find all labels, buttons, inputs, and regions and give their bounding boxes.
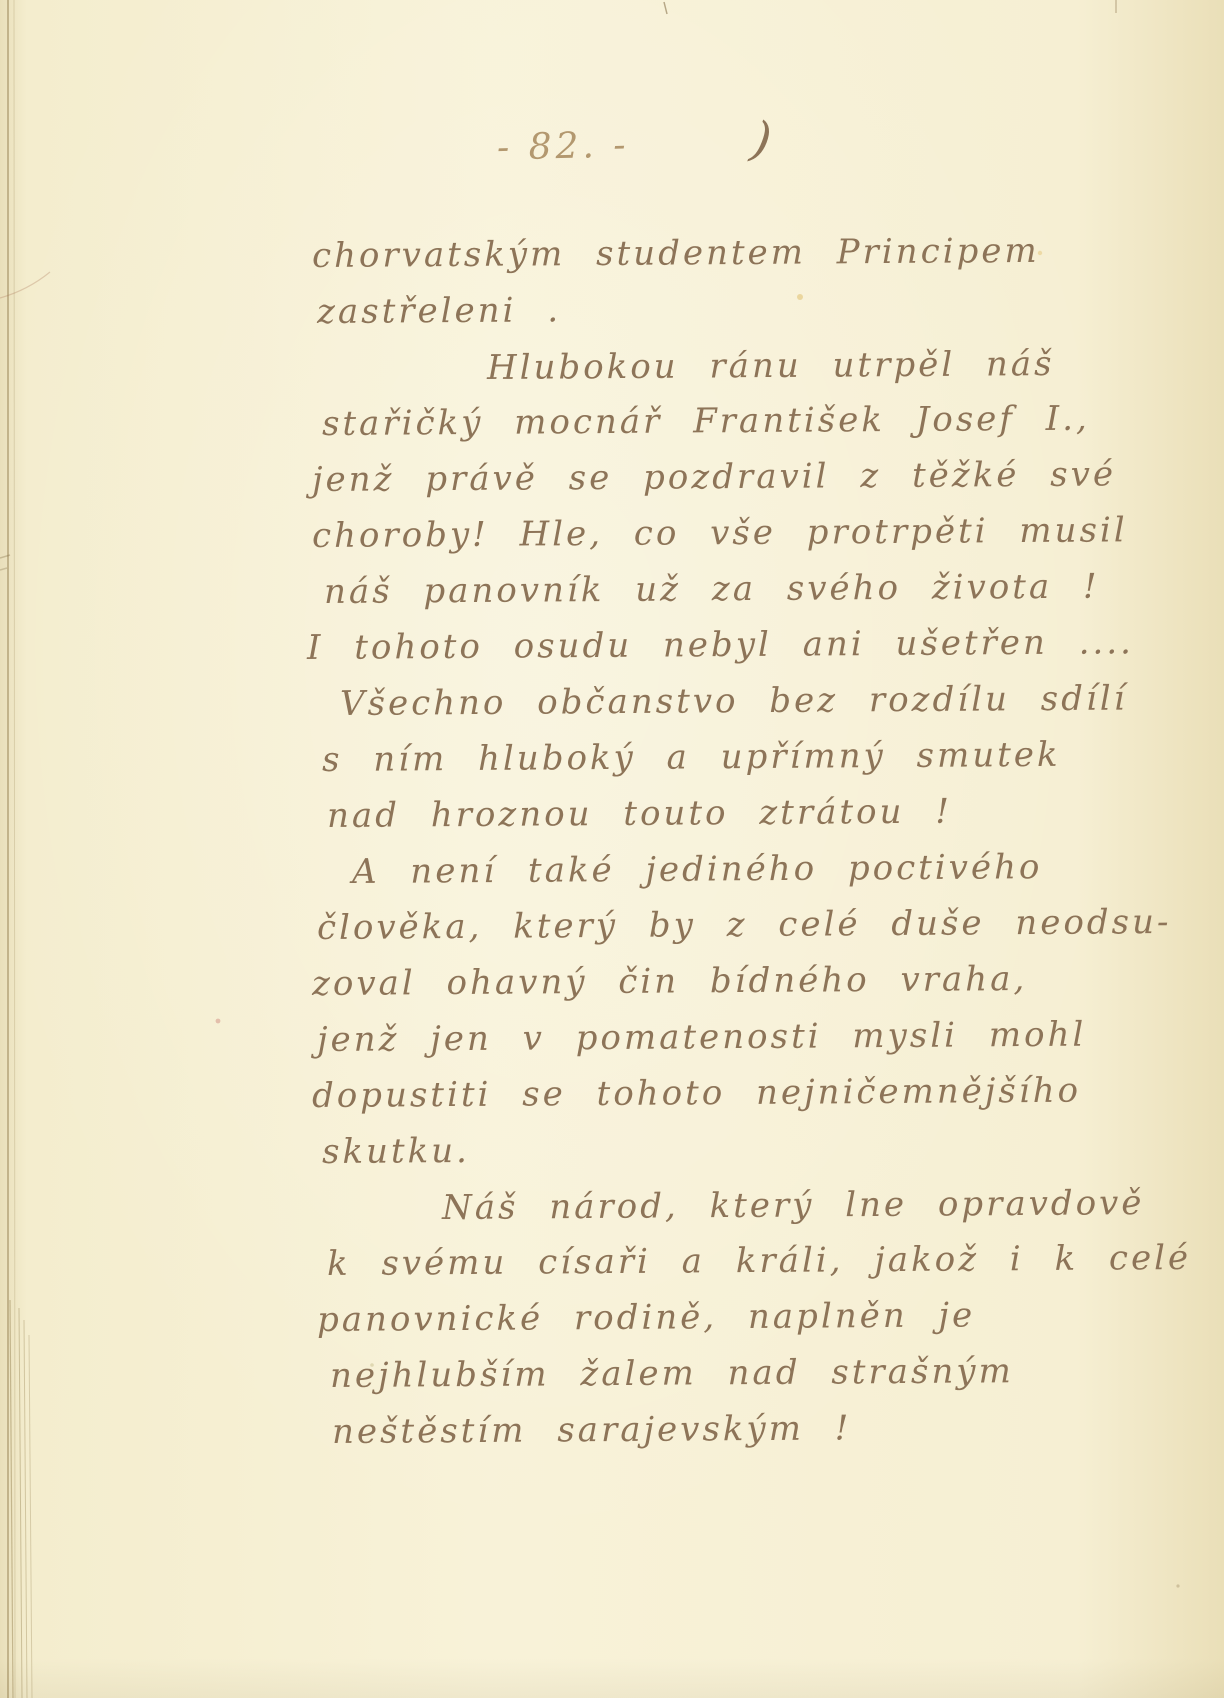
- handwriting-line: skutku.: [322, 1118, 1112, 1180]
- handwriting-line: stařičký mocnář František Josef I.,: [322, 390, 1112, 452]
- handwriting-line: nad hroznou touto ztrátou !: [327, 783, 1112, 844]
- handwriting-text-block: chorvatským studentem Principemzastřelen…: [312, 228, 1112, 1460]
- handwriting-line: choroby! Hle, co vše protrpěti musil: [312, 502, 1112, 564]
- handwriting-line: chorvatským studentem Principem: [312, 222, 1112, 284]
- handwriting-line: s ním hluboký a upřímný smutek: [322, 726, 1112, 788]
- handwriting-line: I tohoto osudu nebyl ani ušetřen ....: [307, 614, 1112, 676]
- handwriting-line: A není také jediného poctivého: [352, 839, 1112, 900]
- handwriting-line: nejhlubším žalem nad strašným: [330, 1343, 1112, 1404]
- stray-ink-mark: ): [747, 111, 775, 169]
- handwriting-line: Hlubokou ránu utrpěl náš: [487, 336, 1112, 396]
- handwriting-line: dopustiti se tohoto nejničemnějšího: [312, 1062, 1112, 1124]
- handwriting-line: zastřeleni .: [317, 278, 1112, 340]
- handwriting-line: neštěstím sarajevským !: [332, 1399, 1112, 1460]
- handwriting-line: náš panovník už za svého života !: [324, 558, 1112, 619]
- handwriting-line: jenž jen v pomatenosti mysli mohl: [317, 1006, 1112, 1068]
- handwriting-line: Všechno občanstvo bez rozdílu sdílí: [340, 671, 1112, 732]
- handwriting-line: Náš národ, který lne opravdově: [442, 1175, 1112, 1236]
- handwriting-line: člověka, který by z celé duše neodsu-: [317, 894, 1112, 956]
- page-number: - 82. -: [497, 125, 630, 169]
- manuscript-page: - 82. - ) chorvatským studentem Principe…: [0, 0, 1224, 1698]
- handwriting-line: k svému císaři a králi, jakož i k celé: [327, 1231, 1112, 1292]
- handwriting-line: zoval ohavný čin bídného vraha,: [312, 950, 1112, 1012]
- handwriting-line: panovnické rodině, naplněn je: [317, 1286, 1112, 1348]
- handwriting-line: jenž právě se pozdravil z těžké své: [312, 446, 1112, 508]
